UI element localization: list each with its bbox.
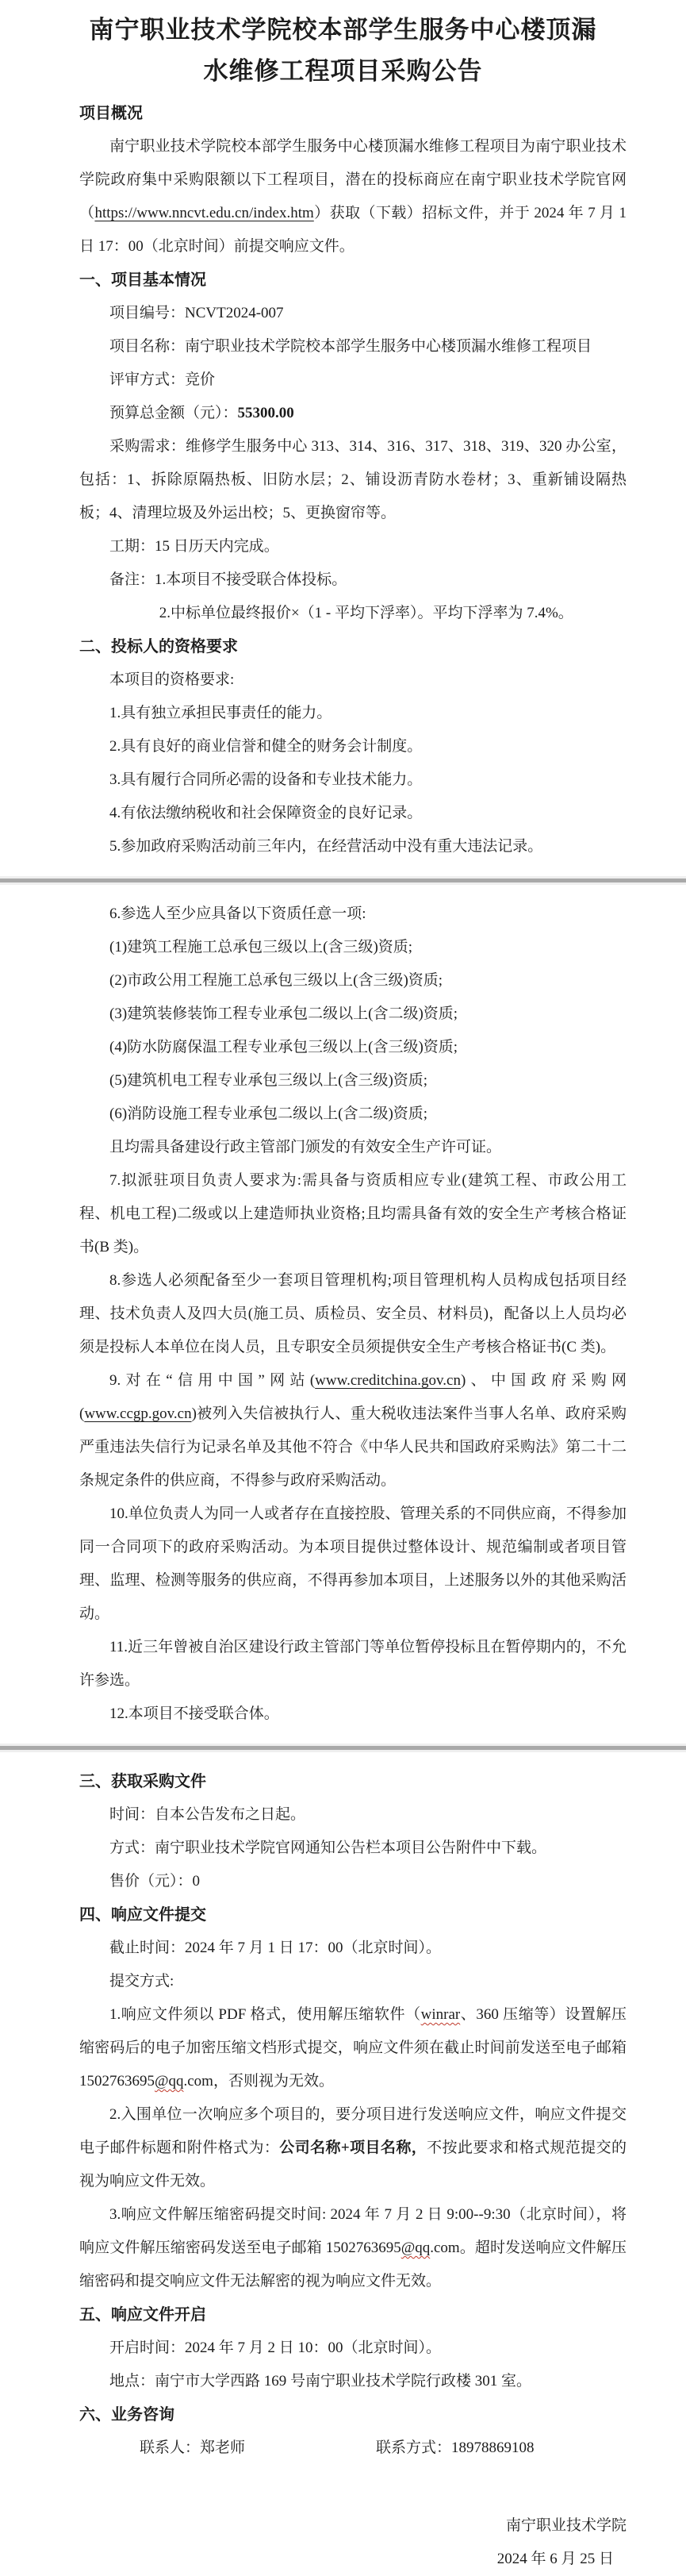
requirement-item-7: 7.拟派驻项目负责人要求为:需具备与资质相应专业(建筑工程、市政公用工程、机电工… (79, 1164, 627, 1264)
section-4-heading: 四、响应文件提交 (79, 1898, 627, 1932)
project-number: 项目编号：NCVT2024-007 (79, 297, 627, 330)
document-method: 方式：南宁职业技术学院官网通知公告栏本项目公告附件中下载。 (79, 1832, 627, 1865)
requirement-item-11: 11.近三年曾被自治区建设行政主管部门等单位暂停投标且在暂停期内的，不允许参选。 (79, 1631, 627, 1697)
section-3-heading: 三、获取采购文件 (79, 1765, 627, 1798)
document-body: 项目概况 南宁职业技术学院校本部学生服务中心楼顶漏水维修工程项目为南宁职业技术学… (0, 97, 686, 2576)
signature-block: 南宁职业技术学院 2024 年 6 月 25 日 (79, 2509, 627, 2576)
section-1-heading: 一、项目基本情况 (79, 263, 627, 297)
contact-row: 联系人：郑老师联系方式：18978869108 (79, 2432, 627, 2465)
section-6-heading: 六、业务咨询 (79, 2398, 627, 2432)
requirement-item-4: 4.有依法缴纳税收和社会保障资金的良好记录。 (79, 797, 627, 830)
safety-license-note: 且均需具备建设行政主管部门颁发的有效安全生产许可证。 (79, 1131, 627, 1164)
requirement-item-8: 8.参选人必须配备至少一套项目管理机构;项目管理机构人员构成包括项目经理、技术负… (79, 1264, 627, 1364)
contact-phone: 联系方式：18978869108 (376, 2440, 535, 2456)
section-5-heading: 五、响应文件开启 (79, 2298, 627, 2332)
overview-heading: 项目概况 (79, 97, 627, 130)
requirement-item-9: 9.对在“信用中国”网站(www.creditchina.gov.cn)、中国政… (79, 1364, 627, 1498)
qualification-option-2: (2)市政公用工程施工总承包三级以上(含三级)资质; (79, 964, 627, 998)
qualification-option-3: (3)建筑装修装饰工程专业承包二级以上(含二级)资质; (79, 998, 627, 1031)
page-break-divider-1 (0, 876, 686, 885)
requirement-item-6: 6.参选人至少应具备以下资质任意一项: (79, 898, 627, 931)
submission-item-1: 1.响应文件须以 PDF 格式，使用解压缩软件（winrar、360 压缩等）设… (79, 1998, 627, 2098)
qualification-option-4: (4)防水防腐保温工程专业承包三级以上(含三级)资质; (79, 1031, 627, 1064)
signature-date: 2024 年 6 月 25 日 (79, 2543, 627, 2576)
document-title-line-2: 水维修工程项目采购公告 (32, 51, 654, 92)
overview-paragraph: 南宁职业技术学院校本部学生服务中心楼顶漏水维修工程项目为南宁职业技术学院政府集中… (79, 130, 627, 263)
opening-location: 地点：南宁市大学西路 169 号南宁职业技术学院行政楼 301 室。 (79, 2365, 627, 2398)
qualification-intro: 本项目的资格要求: (79, 663, 627, 697)
email-domain-spellcheck-2: @qq (401, 2240, 431, 2256)
procurement-announcement-document: 南宁职业技术学院校本部学生服务中心楼顶漏 水维修工程项目采购公告 项目概况 南宁… (0, 0, 686, 2576)
remark-item-1: 备注：1.本项目不接受联合体投标。 (79, 563, 627, 597)
document-time: 时间：自本公告发布之日起。 (79, 1798, 627, 1832)
requirement-9-pre: 9.对在“信用中国”网站( (109, 1372, 315, 1389)
budget-label: 预算总金额（元）： (109, 405, 238, 421)
requirement-item-12: 12.本项目不接受联合体。 (79, 1697, 627, 1731)
submission-method-label: 提交方式: (79, 1965, 627, 1998)
project-name: 项目名称：南宁职业技术学院校本部学生服务中心楼顶漏水维修工程项目 (79, 330, 627, 363)
document-title-line-1: 南宁职业技术学院校本部学生服务中心楼顶漏 (32, 10, 654, 51)
construction-period: 工期：15 日历天内完成。 (79, 530, 627, 563)
budget-value: 55300.00 (238, 405, 294, 421)
procurement-requirements: 采购需求：维修学生服务中心 313、314、316、317、318、319、32… (79, 430, 627, 530)
qualification-option-6: (6)消防设施工程专业承包二级以上(含二级)资质; (79, 1098, 627, 1131)
submission-item-2: 2.入围单位一次响应多个项目的，要分项目进行发送响应文件，响应文件提交电子邮件标… (79, 2098, 627, 2198)
contact-person: 联系人：郑老师 (109, 2432, 376, 2465)
qualification-option-5: (5)建筑机电工程专业承包三级以上(含三级)资质; (79, 1064, 627, 1098)
email-title-format: 公司名称+项目名称， (279, 2140, 427, 2156)
budget-total: 预算总金额（元）：55300.00 (79, 397, 627, 430)
requirement-item-1: 1.具有独立承担民事责任的能力。 (79, 697, 627, 730)
document-title: 南宁职业技术学院校本部学生服务中心楼顶漏 水维修工程项目采购公告 (0, 6, 686, 97)
opening-time: 开启时间：2024 年 7 月 2 日 10：00（北京时间）。 (79, 2332, 627, 2365)
ccgp-link[interactable]: www.ccgp.gov.cn (84, 1405, 191, 1422)
email-domain-spellcheck-1: @qq (155, 2073, 184, 2090)
winrar-spellcheck-text: winrar (421, 2006, 461, 2023)
submission-1-post: .com，否则视为无效。 (184, 2073, 334, 2090)
submission-deadline: 截止时间：2024 年 7 月 1 日 17：00（北京时间）。 (79, 1932, 627, 1965)
school-website-link[interactable]: https://www.nncvt.edu.cn/index.htm (94, 205, 313, 221)
requirement-item-10: 10.单位负责人为同一人或者存在直接控股、管理关系的不同供应商，不得参加同一合同… (79, 1498, 627, 1631)
qualification-option-1: (1)建筑工程施工总承包三级以上(含三级)资质; (79, 931, 627, 964)
section-2-heading: 二、投标人的资格要求 (79, 630, 627, 663)
requirement-item-3: 3.具有履行合同所必需的设备和专业技术能力。 (79, 763, 627, 797)
creditchina-link[interactable]: www.creditchina.gov.cn (315, 1372, 461, 1389)
submission-1-pre: 1.响应文件须以 PDF 格式，使用解压缩软件（ (109, 2006, 421, 2023)
review-method: 评审方式：竞价 (79, 363, 627, 397)
remark-item-2: 2.中标单位最终报价×（1 - 平均下浮率）。平均下浮率为 7.4%。 (79, 597, 627, 630)
submission-item-3: 3.响应文件解压缩密码提交时间: 2024 年 7 月 2 日 9:00--9:… (79, 2198, 627, 2298)
page-break-divider-2 (0, 1744, 686, 1752)
requirement-item-5: 5.参加政府采购活动前三年内，在经营活动中没有重大违法记录。 (79, 830, 627, 863)
signature-organization: 南宁职业技术学院 (79, 2509, 627, 2543)
requirement-item-2: 2.具有良好的商业信誉和健全的财务会计制度。 (79, 730, 627, 763)
document-price: 售价（元）：0 (79, 1865, 627, 1898)
